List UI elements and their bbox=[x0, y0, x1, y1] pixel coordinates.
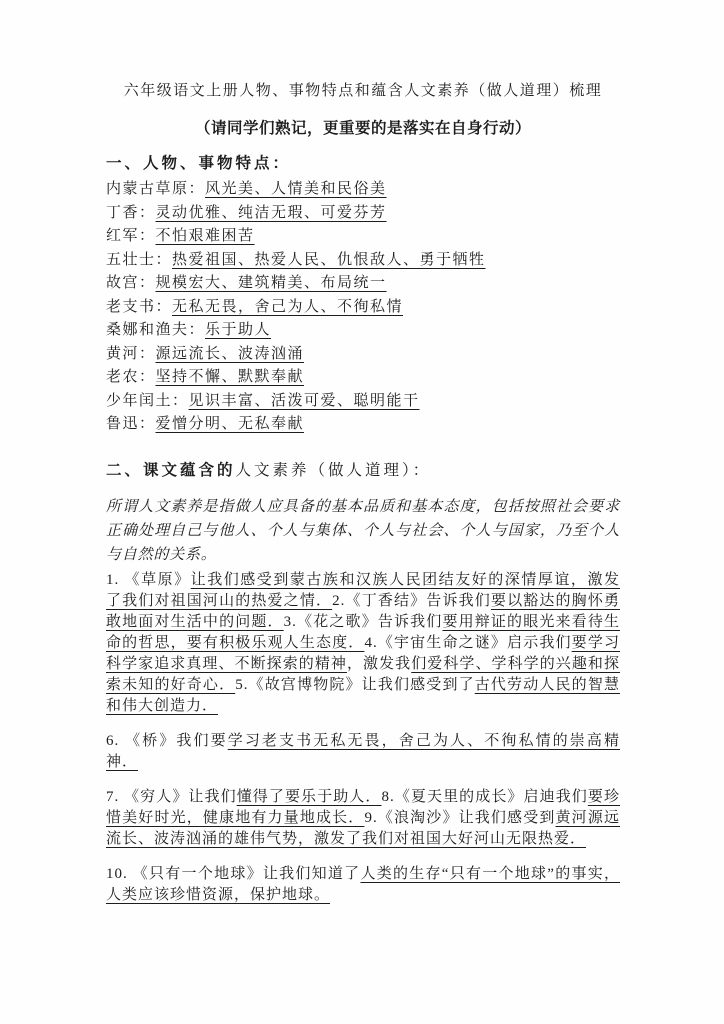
item-label: 少年闰土： bbox=[106, 393, 189, 409]
document-page: 六年级语文上册人物、事物特点和蕴含人文素养（做人道理）梳理 （请同学们熟记，更重… bbox=[0, 0, 724, 1024]
list-item: 丁香：灵动优雅、纯洁无瑕、可爱芬芳 bbox=[106, 202, 620, 226]
item-label: 故宫： bbox=[106, 275, 156, 291]
item-value: 不怕艰难困苦 bbox=[156, 228, 255, 244]
plain-text: 6. 《桥》我们要 bbox=[106, 733, 228, 749]
item-label: 内蒙古草原： bbox=[106, 181, 205, 197]
lesson-paragraph: 1. 《草原》让我们感受到蒙古族和汉族人民团结友好的深情厚谊，激发了我们对祖国河… bbox=[106, 570, 620, 717]
item-value: 规模宏大、建筑精美、布局统一 bbox=[156, 275, 387, 291]
lesson-paragraphs: 1. 《草原》让我们感受到蒙古族和汉族人民团结友好的深情厚谊，激发了我们对祖国河… bbox=[106, 570, 620, 906]
item-label: 老农： bbox=[106, 369, 156, 385]
item-label: 桑娜和渔夫： bbox=[106, 322, 205, 338]
list-item: 少年闰土：见识丰富、活泼可爱、聪明能干 bbox=[106, 390, 620, 414]
section2-heading-bold: 二、课文蕴含的 bbox=[106, 462, 236, 479]
lesson-paragraph: 10. 《只有一个地球》让我们知道了人类的生存“只有一个地球”的事实，人类应该珍… bbox=[106, 864, 620, 906]
item-label: 红军： bbox=[106, 228, 156, 244]
list-item: 内蒙古草原：风光美、人情美和民俗美 bbox=[106, 178, 620, 202]
list-item: 老支书：无私无畏，舍己为人、不徇私情 bbox=[106, 296, 620, 320]
item-label: 五壮士： bbox=[106, 252, 172, 268]
item-value: 源远流长、波涛汹涌 bbox=[156, 346, 305, 362]
plain-text: 2.《丁香结》告诉我们 bbox=[332, 593, 491, 609]
list-item: 黄河：源远流长、波涛汹涌 bbox=[106, 343, 620, 367]
item-value: 风光美、人情美和民俗美 bbox=[205, 181, 387, 197]
plain-text: 3.《花之歌》告诉我们 bbox=[284, 614, 443, 630]
list-item: 五壮士：热爱祖国、热爱人民、仇恨敌人、勇于牺牲 bbox=[106, 249, 620, 273]
underlined-text: 懂得了要乐于助人． bbox=[237, 789, 382, 805]
item-label: 黄河： bbox=[106, 346, 156, 362]
item-value: 坚持不懈、默默奉献 bbox=[156, 369, 305, 385]
list-item: 鲁迅：爱憎分明、无私奉献 bbox=[106, 413, 620, 437]
plain-text: 7. 《穷人》让我们 bbox=[106, 789, 237, 805]
item-label: 鲁迅： bbox=[106, 416, 156, 432]
item-label: 丁香： bbox=[106, 205, 156, 221]
lesson-paragraph: 7. 《穷人》让我们懂得了要乐于助人．8.《夏天里的成长》启迪我们要珍惜美好时光… bbox=[106, 787, 620, 850]
item-label: 老支书： bbox=[106, 299, 172, 315]
page-title: 六年级语文上册人物、事物特点和蕴含人文素养（做人道理）梳理 bbox=[106, 82, 620, 101]
item-value: 乐于助人 bbox=[205, 322, 271, 338]
item-value: 爱憎分明、无私奉献 bbox=[156, 416, 305, 432]
plain-text: 4.《宇宙生命之谜》启示我们 bbox=[364, 635, 571, 651]
section2-heading: 二、课文蕴含的人文素养（做人道理）： bbox=[106, 461, 620, 481]
plain-text: 5.《故宫博物院》让我们感受到了 bbox=[235, 677, 475, 693]
plain-text: ，激发我 bbox=[347, 656, 411, 672]
plain-text: 9.《浪淘沙》让我们感受到 bbox=[364, 810, 555, 826]
item-value: 见识丰富、活泼可爱、聪明能干 bbox=[189, 393, 420, 409]
list-item: 故宫：规模宏大、建筑精美、布局统一 bbox=[106, 272, 620, 296]
plain-text: 8.《夏天里的成长》启迪我们 bbox=[381, 789, 587, 805]
section2-heading-rest: 人文素养（做人道理）： bbox=[236, 462, 432, 479]
page-subtitle: （请同学们熟记，更重要的是落实在自身行动） bbox=[106, 119, 620, 139]
section2-intro: 所谓人文素养是指做人应具备的基本品质和基本态度，包括按照社会要求正确处理自己与他… bbox=[106, 495, 620, 567]
feature-list: 内蒙古草原：风光美、人情美和民俗美丁香：灵动优雅、纯洁无瑕、可爱芬芳红军：不怕艰… bbox=[106, 178, 620, 437]
lesson-paragraph: 6. 《桥》我们要学习老支书无私无畏，舍己为人、不徇私情的崇高精神． bbox=[106, 731, 620, 773]
item-value: 无私无畏，舍己为人、不徇私情 bbox=[172, 299, 403, 315]
item-value: 灵动优雅、纯洁无瑕、可爱芬芳 bbox=[156, 205, 387, 221]
list-item: 老农：坚持不懈、默默奉献 bbox=[106, 366, 620, 390]
plain-text: 10. 《只有一个地球》让我们知道了 bbox=[106, 866, 360, 882]
list-item: 桑娜和渔夫：乐于助人 bbox=[106, 319, 620, 343]
item-value: 热爱祖国、热爱人民、仇恨敌人、勇于牺牲 bbox=[172, 252, 486, 268]
section1-heading: 一、人物、事物特点： bbox=[106, 154, 620, 174]
plain-text: 1. 《草原》 bbox=[106, 572, 191, 588]
list-item: 红军：不怕艰难困苦 bbox=[106, 225, 620, 249]
